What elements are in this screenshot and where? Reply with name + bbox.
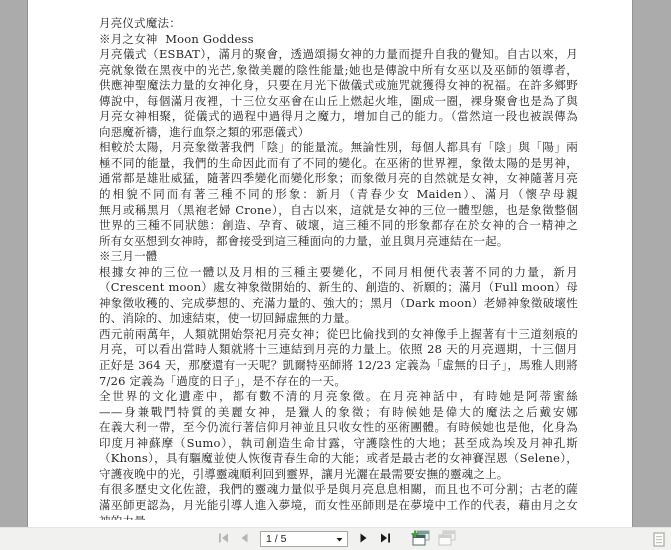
- doc-line: 通常都是雄壯威猛，隨著四季變化而變化形象；而象徵月亮的自然就是女神，女神隨著月亮: [99, 171, 578, 187]
- first-page-icon: [217, 532, 230, 547]
- doc-line: ※三月一體: [99, 249, 578, 265]
- doc-line: 世界的三種不同狀態：創造、孕育、破壞，這三種不同的形象都存在於女神的合一精神之中…: [99, 218, 578, 234]
- page-navigation: 1 / 5: [215, 531, 456, 547]
- new-window-icon: [411, 530, 430, 549]
- doc-line: 根據女神的三位一體以及月相的三種主要變化，不同月相便代表著不同的力量，新月: [99, 265, 578, 281]
- doc-line: 無月或稱黑月（黑袍老婦 Crone），自古以來，這就是女神的三位一體型態，也是象…: [99, 203, 578, 219]
- doc-line: 傳說中，每個滿月夜裡，十三位女巫會在山丘上燃起火堆，圍成一圈，裸身聚會也是為了與: [99, 94, 578, 110]
- doc-line: 正好是 364 天，那麼還有一天呢？凱爾特巫師將 12/23 定義為「虛無的日子…: [99, 358, 578, 374]
- page-thumbnail-icon: [653, 532, 665, 550]
- doc-line: （Khons），具有驅魔並使人恢復青春生命的大能；或者是最古老的女神賽涅恩（Se…: [99, 451, 578, 467]
- next-page-icon: [359, 532, 369, 547]
- doc-line: 向惡魔祈禱，進行血祭之類的邪惡儀式）: [99, 125, 578, 141]
- doc-line: 月亮女神相聚，從儀式的過程中過得月之魔力，增加自己的能力。（當然這一段也被誤傳為: [99, 109, 578, 125]
- doc-line: 的、消除的、加速結束，使一切回歸虛無的力量。: [99, 311, 578, 327]
- previous-page-button[interactable]: [236, 531, 252, 547]
- page-number-combobox[interactable]: 1 / 5: [260, 531, 348, 547]
- doc-line: 相較於太陽，月亮象徵著我們「陰」的能量流。無論性別，每個人都具有「陰」與「陽」兩: [99, 140, 578, 156]
- doc-line: 所有女巫想到女神時，都會接受到這三種面向的力量，並且與月亮連結在一起。: [99, 234, 578, 250]
- doc-line: ——身兼戰鬥特質的美麗女神，是獵人的象徵；有時候她是偉大的魔法之后戴安娜（Dia…: [99, 405, 578, 421]
- doc-line: 守護夜晚中的光，引導靈魂順利回到靈界，讓月光灑在最需要安撫的靈魂之上。: [99, 467, 578, 483]
- doc-line: （Crescent moon）處女神象徵開始的、新生的、創造的、祈願的；滿月（F…: [99, 280, 578, 296]
- bottom-toolbar: 1 / 5: [0, 527, 671, 550]
- doc-line: 在義大利一帶，至今仍流行著信仰月神並且只收女性的巫術團體。有時候她也是他，化身為: [99, 420, 578, 436]
- doc-line: 極不同的能量，我們的生命因此而有了不同的變化。在巫術的世界裡，象徵太陽的是男神，: [99, 156, 578, 172]
- doc-line: 月亮仪式魔法：: [99, 16, 578, 32]
- viewer-right-margin: [633, 0, 671, 527]
- doc-line-clipped: 神的力量: [99, 514, 578, 520]
- doc-line: 滿巫師更認為，月光能引導人進入夢境，而女性巫師則是在夢境中工作的代表，藉由月之女: [99, 498, 578, 514]
- document-viewer: 月亮仪式魔法： ※月之女神 Moon Goddess 月亮儀式（ESBAT），滿…: [0, 0, 671, 527]
- last-page-button[interactable]: [377, 531, 393, 547]
- duplicate-window-icon: [437, 530, 456, 549]
- last-page-icon: [379, 532, 392, 547]
- doc-line: 亮就象徵在黑夜中的光芒,象徵美麗的陰性能量;她也是傳說中所有女巫以及巫師的領導者…: [99, 63, 578, 79]
- dropdown-arrow-icon: [336, 533, 343, 545]
- doc-line: 有很多歷史文化佐證，我們的靈魂力量似乎是與月亮息息相關，而且也不可分割；古老的薩: [99, 482, 578, 498]
- doc-line: 西元前兩萬年，人類就開始祭祀月亮女神；從巴比倫找到的女神像手上握著有十三道刻痕的: [99, 327, 578, 343]
- document-text: 月亮仪式魔法： ※月之女神 Moon Goddess 月亮儀式（ESBAT），滿…: [99, 16, 578, 520]
- doc-line: 神象徵收穫的、完成夢想的、充滿力量的、強大的；黑月（Dark moon）老婦神象…: [99, 296, 578, 312]
- doc-line: 7/26 定義為「過度的日子」，是不存在的一天。: [99, 374, 578, 390]
- doc-line: 的相貌不同而有著三種不同的形象：新月（青春少女 Maiden）、滿月（懷孕母親 …: [99, 187, 578, 203]
- doc-line: 供應神聖魔法力量的女神化身，只要在月光下做儀式或施咒就獲得女神的祝福。在許多鄉野: [99, 78, 578, 94]
- document-page[interactable]: 月亮仪式魔法： ※月之女神 Moon Goddess 月亮儀式（ESBAT），滿…: [27, 0, 633, 527]
- page-indicator: 1 / 5: [266, 533, 336, 545]
- doc-line: 月亮儀式（ESBAT），滿月的聚會，透過頌揚女神的力量而提升自我的覺知。自古以來…: [99, 47, 578, 63]
- new-window-button[interactable]: [410, 531, 430, 547]
- next-page-button[interactable]: [356, 531, 372, 547]
- doc-line: ※月之女神 Moon Goddess: [99, 32, 578, 48]
- doc-line: 全世界的文化遺產中，都有數不清的月亮象徵。在月亮神話中，有時她是阿蒂蜜絲（Art…: [99, 389, 578, 405]
- page-view-button[interactable]: [653, 532, 665, 550]
- duplicate-window-button[interactable]: [436, 531, 456, 547]
- viewer-left-margin: [0, 0, 27, 527]
- doc-line: 印度月神蘇摩（Sumo），執司創造生命甘露，守護陰性的大地；甚至成為埃及月神孔斯: [99, 436, 578, 452]
- doc-line: 月亮，可以看出當時人類就將十三連結到月亮的力量上。依照 28 天的月亮週期，十三…: [99, 342, 578, 358]
- previous-page-icon: [239, 532, 249, 547]
- window-buttons: [410, 531, 456, 547]
- first-page-button[interactable]: [215, 531, 231, 547]
